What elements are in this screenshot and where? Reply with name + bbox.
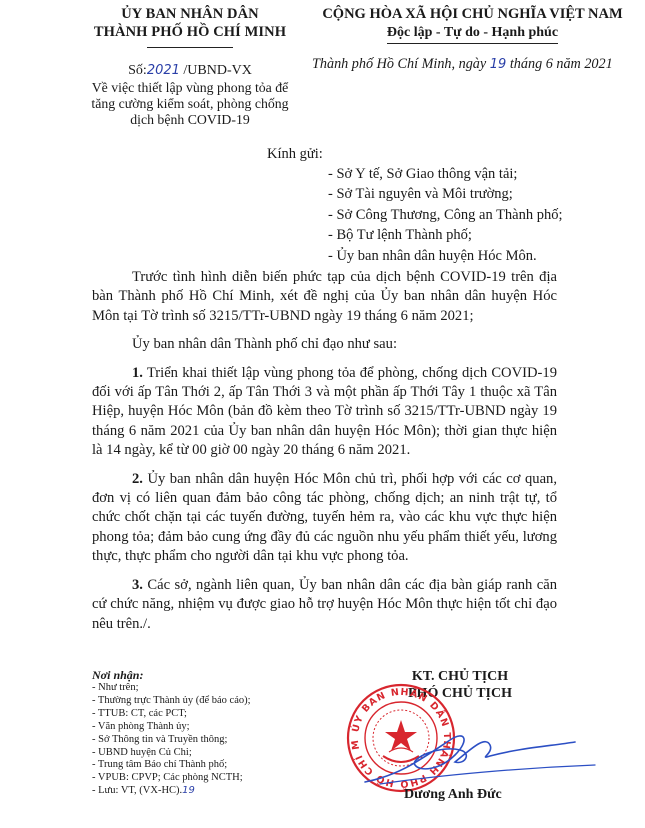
document-number: Số:2021 /UBND-VX	[85, 62, 295, 80]
distribution-item: - Như trên;	[92, 682, 251, 695]
distribution-item: - Thường trực Thành ủy (để báo cáo);	[92, 695, 251, 708]
item-text: Các sở, ngành liên quan, Ủy ban nhân dân…	[92, 577, 557, 632]
directive-item-3: 3. Các sở, ngành liên quan, Ủy ban nhân …	[92, 576, 557, 634]
distribution-block: Nơi nhận: - Như trên; - Thường trực Thàn…	[92, 668, 251, 798]
subject-line: dịch bệnh COVID-19	[85, 112, 295, 128]
signer-name: Dương Anh Đức	[404, 787, 502, 803]
header-divider	[147, 47, 233, 48]
item-text: Triển khai thiết lập vùng phong tỏa để p…	[92, 365, 557, 459]
directive-paragraph: Ủy ban nhân dân Thành phố chỉ đạo như sa…	[92, 335, 557, 354]
intro-paragraph: Trước tình hình diễn biến phức tạp của d…	[92, 268, 557, 326]
doc-number-suffix: /UBND-VX	[180, 63, 252, 78]
distribution-item: - UBND huyện Củ Chi;	[92, 747, 251, 760]
recipient-item: - Sở Tài nguyên và Môi trường;	[328, 184, 563, 204]
recipient-item: - Sở Công Thương, Công an Thành phố;	[328, 205, 563, 225]
doc-number-handwritten: 2021	[147, 63, 180, 78]
recipient-item: - Bộ Tư lệnh Thành phố;	[328, 225, 563, 245]
doc-number-prefix: Số:	[128, 63, 147, 78]
distribution-item: - VPUB: CPVP; Các phòng NCTH;	[92, 772, 251, 785]
recipient-item: - Sở Y tế, Sở Giao thông vận tải;	[328, 164, 563, 184]
item-number: 3.	[132, 577, 143, 593]
subject-line: Về việc thiết lập vùng phong tỏa để	[85, 80, 295, 96]
distribution-item: - TTUB: CT, các PCT;	[92, 708, 251, 721]
national-header: CỘNG HÒA XÃ HỘI CHỦ NGHĨA VIỆT NAM Độc l…	[300, 5, 645, 44]
recipients-list: - Sở Y tế, Sở Giao thông vận tải; - Sở T…	[328, 164, 563, 266]
national-motto: Độc lập - Tự do - Hạnh phúc	[387, 24, 558, 44]
organization-name-line2: THÀNH PHỐ HỒ CHÍ MINH	[85, 23, 295, 41]
document-body: Trước tình hình diễn biến phức tạp của d…	[92, 268, 557, 634]
recipients-label: Kính gửi:	[267, 146, 323, 163]
distribution-item: - Lưu: VT, (VX-HC).19	[92, 785, 251, 798]
issuer-header: ỦY BAN NHÂN DÂN THÀNH PHỐ HỒ CHÍ MINH Số…	[85, 5, 295, 128]
directive-item-2: 2. Ủy ban nhân dân huyện Hóc Môn chủ trì…	[92, 470, 557, 567]
recipient-item: - Ủy ban nhân dân huyện Hóc Môn.	[328, 246, 563, 266]
date-prefix: Thành phố Hồ Chí Minh, ngày	[312, 56, 490, 72]
distribution-item: - Trung tâm Báo chí Thành phố;	[92, 759, 251, 772]
item-number: 1.	[132, 365, 143, 381]
distribution-list: - Như trên; - Thường trực Thành ủy (để b…	[92, 682, 251, 798]
date-suffix: tháng 6 năm 2021	[506, 56, 612, 72]
organization-name-line1: ỦY BAN NHÂN DÂN	[85, 5, 295, 23]
subject-line: tăng cường kiểm soát, phòng chống	[85, 96, 295, 112]
nation-title: CỘNG HÒA XÃ HỘI CHỦ NGHĨA VIỆT NAM	[300, 5, 645, 23]
item-text: Ủy ban nhân dân huyện Hóc Môn chủ trì, p…	[92, 471, 557, 565]
distribution-handwritten-count: 19	[182, 785, 195, 796]
distribution-title: Nơi nhận:	[92, 668, 251, 682]
document-subject: Về việc thiết lập vùng phong tỏa để tăng…	[85, 80, 295, 128]
item-number: 2.	[132, 471, 143, 487]
directive-item-1: 1. Triển khai thiết lập vùng phong tỏa đ…	[92, 364, 557, 461]
distribution-item-text: - Lưu: VT, (VX-HC).	[92, 785, 182, 796]
distribution-item: - Văn phòng Thành ủy;	[92, 721, 251, 734]
handwritten-signature-icon	[360, 720, 600, 790]
distribution-item: - Sở Thông tin và Truyền thông;	[92, 734, 251, 747]
date-day-handwritten: 19	[490, 57, 507, 72]
date-line: Thành phố Hồ Chí Minh, ngày 19 tháng 6 n…	[312, 56, 613, 73]
